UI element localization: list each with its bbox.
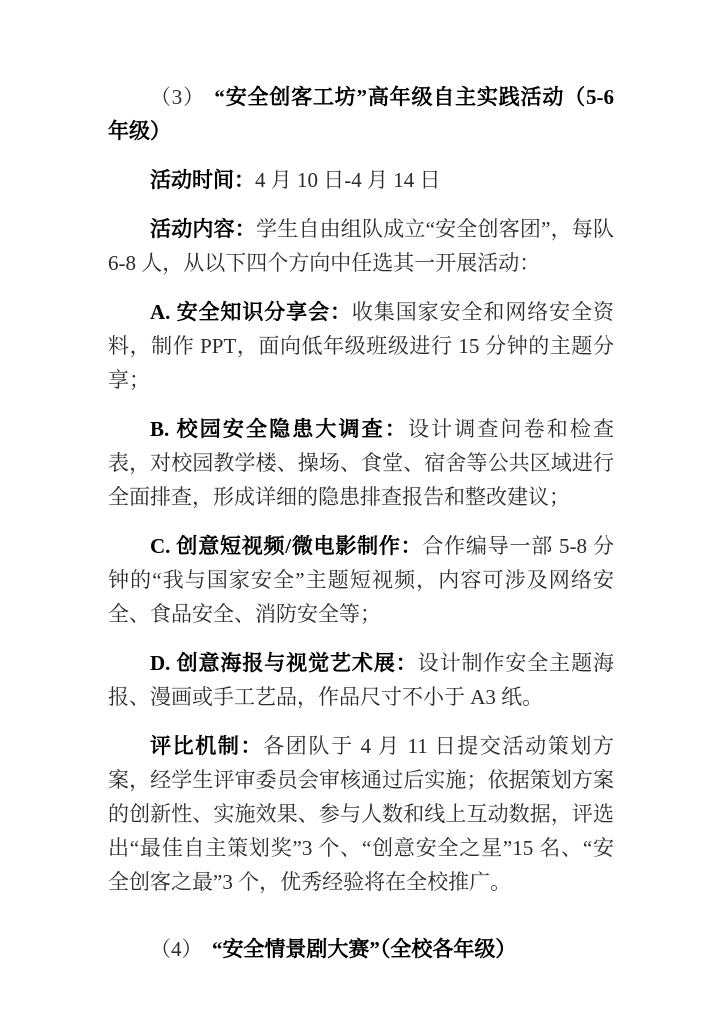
paragraph-lead: A. 安全知识分享会： [150, 300, 352, 324]
paragraph-option-a: A. 安全知识分享会：收集国家安全和网络安全资料，制作 PPT，面向低年级班级进… [108, 295, 614, 397]
paragraph-text: 各团队于 4 月 11 日提交活动策划方案，经学生评审委员会审核通过后实施；依据… [108, 734, 614, 894]
paragraph-lead: 评比机制： [150, 734, 263, 758]
heading-number: （3） [150, 85, 205, 109]
paragraph-option-d: D. 创意海报与视觉艺术展：设计制作安全主题海报、漫画或手工艺品，作品尺寸不小于… [108, 646, 614, 714]
document-page: （3）“安全创客工坊”高年级自主实践活动（5-6 年级） 活动时间：4 月 10… [0, 0, 724, 1024]
paragraph-option-c: C. 创意短视频/微电影制作：合作编导一部 5-8 分钟的“我与国家安全”主题短… [108, 529, 614, 631]
heading-title: “安全情景剧大赛”（全校各年级） [212, 937, 517, 961]
paragraph-activity-time: 活动时间：4 月 10 日-4 月 14 日 [108, 163, 614, 197]
paragraph-text: 4 月 10 日-4 月 14 日 [255, 168, 441, 192]
paragraph-lead: 活动内容： [150, 217, 256, 241]
paragraph-activity-content: 活动内容：学生自由组队成立“安全创客团”，每队 6-8 人，从以下四个方向中任选… [108, 212, 614, 280]
paragraph-lead: D. 创意海报与视觉艺术展： [150, 651, 418, 675]
paragraph-lead: B. 校园安全隐患大调查： [150, 417, 408, 441]
paragraph-heading-3: （3）“安全创客工坊”高年级自主实践活动（5-6 年级） [108, 80, 614, 148]
paragraph-evaluation-mechanism: 评比机制：各团队于 4 月 11 日提交活动策划方案，经学生评审委员会审核通过后… [108, 729, 614, 899]
heading-number: （4） [150, 937, 203, 961]
paragraph-lead: 活动时间： [150, 168, 255, 192]
paragraph-lead: C. 创意短视频/微电影制作： [150, 534, 422, 558]
paragraph-option-b: B. 校园安全隐患大调查：设计调查问卷和检查表，对校园教学楼、操场、食堂、宿舍等… [108, 412, 614, 514]
paragraph-heading-4: （4）“安全情景剧大赛”（全校各年级） [108, 932, 614, 966]
